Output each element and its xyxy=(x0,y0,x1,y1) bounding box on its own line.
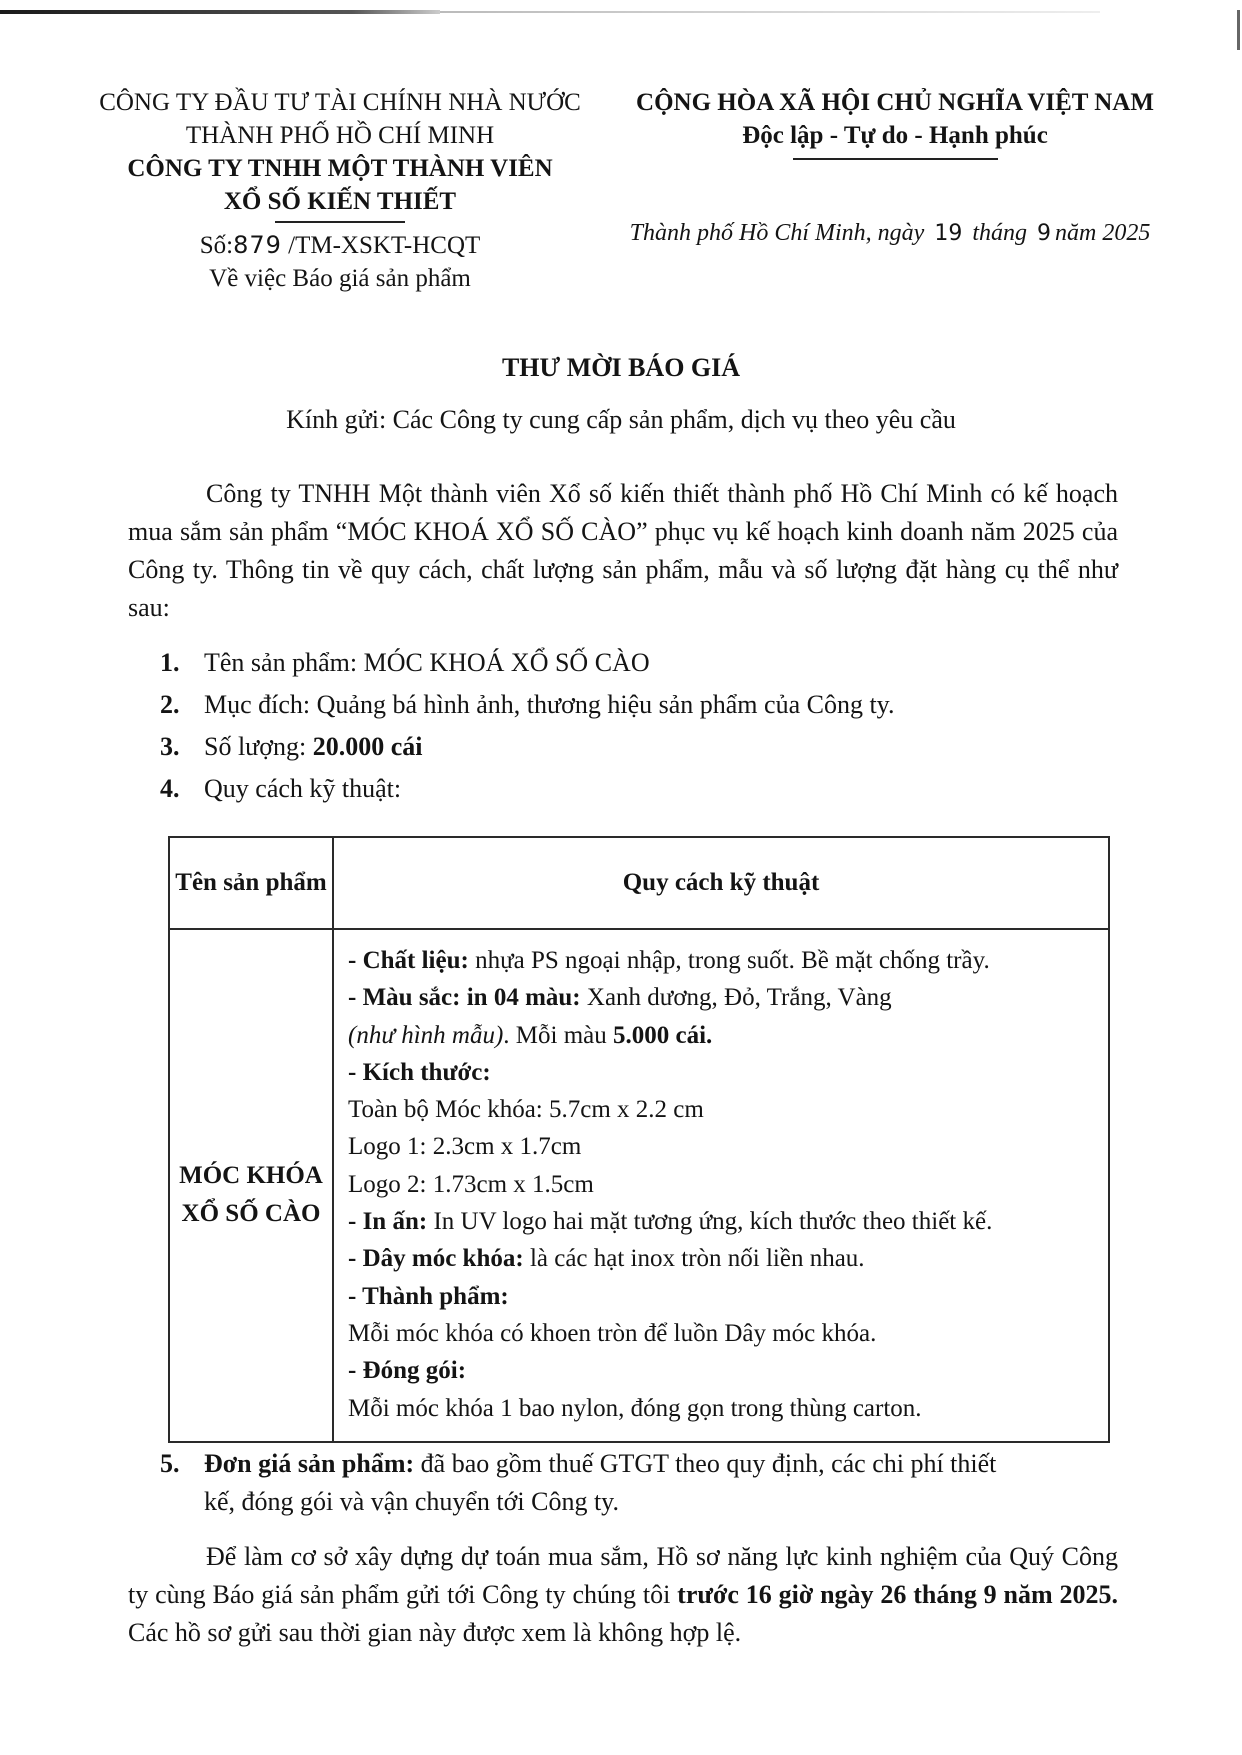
requirement-list: 1.Tên sản phẩm: MÓC KHOÁ XỔ SỐ CÀO 2.Mục… xyxy=(160,642,1120,810)
parent-org-line1: CÔNG TY ĐẦU TƯ TÀI CHÍNH NHÀ NƯỚC xyxy=(80,86,600,119)
material-label: - Chất liệu: xyxy=(348,947,469,974)
date-year: năm 2025 xyxy=(1055,220,1150,246)
spec-material: - Chất liệu: nhựa PS ngoại nhập, trong s… xyxy=(348,942,1098,979)
header-product-name: Tên sản phẩm xyxy=(169,837,333,929)
list-item: 3.Số lượng: 20.000 cái xyxy=(160,726,1120,768)
table-header-row: Tên sản phẩm Quy cách kỹ thuật xyxy=(169,837,1109,929)
spec-finish-label: - Thành phẩm: xyxy=(348,1278,1098,1315)
item-label: Số lượng: xyxy=(204,732,313,761)
item-value: Quảng bá hình ảnh, thương hiệu sản phẩm … xyxy=(317,690,895,719)
print-label: - In ấn: xyxy=(348,1208,427,1235)
item-number: 4. xyxy=(160,768,204,810)
spec-size-total: Toàn bộ Móc khóa: 5.7cm x 2.2 cm xyxy=(348,1091,1098,1128)
document-subject: Về việc Báo giá sản phẩm xyxy=(80,262,600,295)
color-note: (như hình mẫu) xyxy=(348,1022,503,1049)
doc-number-suffix: /TM-XSKT-HCQT xyxy=(282,232,480,259)
intro-text: Công ty TNHH Một thành viên Xổ số kiến t… xyxy=(128,479,1118,622)
national-motto: Độc lập - Tự do - Hạnh phúc xyxy=(615,119,1175,152)
spec-finish-value: Mỗi móc khóa có khoen tròn để luồn Dây m… xyxy=(348,1315,1098,1352)
header-underline xyxy=(275,221,405,223)
color-each-text: . Mỗi màu xyxy=(503,1022,613,1049)
spec-cell: - Chất liệu: nhựa PS ngoại nhập, trong s… xyxy=(333,929,1109,1442)
spec-pack-value: Mỗi móc khóa 1 bao nylon, đóng gọn trong… xyxy=(348,1390,1098,1427)
motto-underline xyxy=(793,158,998,160)
item-number: 3. xyxy=(160,726,204,768)
spec-pack-label: - Đóng gói: xyxy=(348,1352,1098,1389)
nation-name: CỘNG HÒA XÃ HỘI CHỦ NGHĨA VIỆT NAM xyxy=(615,86,1175,119)
spec-table: Tên sản phẩm Quy cách kỹ thuật MÓC KHÓA … xyxy=(168,836,1110,1443)
document-title: THƯ MỜI BÁO GIÁ xyxy=(0,353,1242,383)
price-label: Đơn giá sản phẩm: xyxy=(204,1449,414,1478)
parent-org-line2: THÀNH PHỐ HỒ CHÍ MINH xyxy=(80,119,600,152)
spec-color: - Màu sắc: in 04 màu: Xanh dương, Đỏ, Tr… xyxy=(348,979,1098,1016)
spec-size-logo1: Logo 1: 2.3cm x 1.7cm xyxy=(348,1128,1098,1165)
item-value: 20.000 cái xyxy=(313,732,423,761)
item-label: Tên sản phẩm: xyxy=(204,648,364,677)
spec-size-logo2: Logo 2: 1.73cm x 1.5cm xyxy=(348,1166,1098,1203)
header-spec: Quy cách kỹ thuật xyxy=(333,837,1109,929)
chain-value: là các hạt inox tròn nối liền nhau. xyxy=(524,1245,865,1272)
date-month: 9 xyxy=(1033,221,1055,246)
item-label: Mục đích: xyxy=(204,690,317,719)
item-number: 1. xyxy=(160,642,204,684)
greeting: Kính gửi: Các Công ty cung cấp sản phẩm,… xyxy=(0,405,1242,435)
item-label: Quy cách kỹ thuật: xyxy=(204,774,401,803)
spec-size-label: - Kích thước: xyxy=(348,1054,1098,1091)
date-day: 19 xyxy=(930,221,966,246)
date-prefix: Thành phố Hồ Chí Minh, ngày xyxy=(630,220,925,246)
color-label: - Màu sắc: in 04 màu: xyxy=(348,984,581,1011)
scan-edge-mark xyxy=(1237,10,1240,50)
date-line: Thành phố Hồ Chí Minh, ngày 19 tháng 9nă… xyxy=(600,220,1180,247)
list-item: 4.Quy cách kỹ thuật: xyxy=(160,768,1120,810)
chain-label: - Dây móc khóa: xyxy=(348,1245,524,1272)
document-number: Số:879 /TM-XSKT-HCQT xyxy=(80,229,600,262)
product-name-cell: MÓC KHÓA XỔ SỐ CÀO xyxy=(169,929,333,1442)
date-month-label: tháng xyxy=(972,220,1027,246)
doc-number-label: Số: xyxy=(200,232,233,259)
list-item: 2.Mục đích: Quảng bá hình ảnh, thương hi… xyxy=(160,684,1120,726)
price-value-cont: kế, đóng gói và vận chuyển tới Công ty. xyxy=(160,1483,1120,1521)
issuer-header: CÔNG TY ĐẦU TƯ TÀI CHÍNH NHÀ NƯỚC THÀNH … xyxy=(80,86,600,295)
national-header: CỘNG HÒA XÃ HỘI CHỦ NGHĨA VIỆT NAM Độc l… xyxy=(615,86,1175,160)
item-number: 5. xyxy=(160,1445,204,1483)
closing-paragraph: Để làm cơ sở xây dựng dự toán mua sắm, H… xyxy=(128,1538,1118,1652)
scan-edge-line xyxy=(0,10,440,14)
intro-paragraph: Công ty TNHH Một thành viên Xổ số kiến t… xyxy=(128,475,1118,627)
color-each-qty: 5.000 cái. xyxy=(613,1022,712,1049)
table-row: MÓC KHÓA XỔ SỐ CÀO - Chất liệu: nhựa PS … xyxy=(169,929,1109,1442)
company-line2: XỔ SỐ KIẾN THIẾT xyxy=(80,185,600,218)
deadline: trước 16 giờ ngày 26 tháng 9 năm 2025. xyxy=(677,1580,1118,1609)
item-number: 2. xyxy=(160,684,204,726)
company-line1: CÔNG TY TNHH MỘT THÀNH VIÊN xyxy=(80,152,600,185)
color-value: Xanh dương, Đỏ, Trắng, Vàng xyxy=(581,984,892,1011)
spec-chain: - Dây móc khóa: là các hạt inox tròn nối… xyxy=(348,1240,1098,1277)
item-value: MÓC KHOÁ XỔ SỐ CÀO xyxy=(364,648,650,677)
doc-number-handwritten: 879 xyxy=(233,231,282,259)
list-item-price: 5.Đơn giá sản phẩm: đã bao gồm thuế GTGT… xyxy=(160,1445,1120,1521)
closing-text-after: Các hồ sơ gửi sau thời gian này được xem… xyxy=(128,1618,741,1647)
list-item: 1.Tên sản phẩm: MÓC KHOÁ XỔ SỐ CÀO xyxy=(160,642,1120,684)
scan-edge-line xyxy=(440,11,1100,13)
price-value: đã bao gồm thuế GTGT theo quy định, các … xyxy=(414,1449,996,1478)
material-value: nhựa PS ngoại nhập, trong suốt. Bề mặt c… xyxy=(469,947,990,974)
spec-print: - In ấn: In UV logo hai mặt tương ứng, k… xyxy=(348,1203,1098,1240)
print-value: In UV logo hai mặt tương ứng, kích thước… xyxy=(427,1208,992,1235)
spec-color-note: (như hình mẫu). Mỗi màu 5.000 cái. xyxy=(348,1017,1098,1054)
